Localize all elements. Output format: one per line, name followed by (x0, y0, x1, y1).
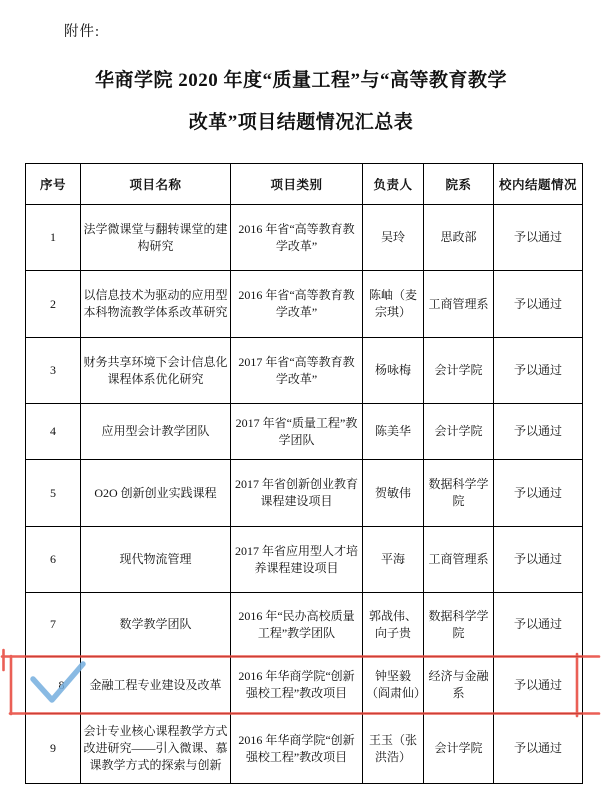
column-header-0: 序号 (26, 164, 81, 205)
cell-status: 予以通过 (494, 714, 583, 784)
cell-serial-number: 6 (26, 527, 81, 593)
cell-status: 予以通过 (494, 527, 583, 593)
cell-status: 予以通过 (494, 657, 583, 714)
cell-status: 予以通过 (494, 338, 583, 404)
cell-project-category: 2016 年“民办高校质量工程”教学团队 (231, 593, 363, 657)
cell-department: 经济与金融系 (424, 657, 494, 714)
cell-leader: 平海 (363, 527, 424, 593)
cell-status: 予以通过 (494, 460, 583, 527)
cell-status: 予以通过 (494, 404, 583, 460)
cell-project-name: 财务共享环境下会计信息化课程体系优化研究 (81, 338, 231, 404)
table-row: 2 以信息技术为驱动的应用型本科物流教学体系改革研究 2016 年省“高等教育教… (26, 271, 583, 338)
cell-status: 予以通过 (494, 593, 583, 657)
cell-serial-number: 2 (26, 271, 81, 338)
cell-department: 工商管理系 (424, 271, 494, 338)
column-header-1: 项目名称 (81, 164, 231, 205)
cell-project-category: 2017 年省“质量工程”教学团队 (231, 404, 363, 460)
cell-project-category: 2017 年省创新创业教育课程建设项目 (231, 460, 363, 527)
cell-serial-number: 9 (26, 714, 81, 784)
cell-project-category: 2017 年省“高等教育教学改革” (231, 338, 363, 404)
cell-department: 会计学院 (424, 338, 494, 404)
table-row: 6 现代物流管理 2017 年省应用型人才培养课程建设项目 平海 工商管理系 予… (26, 527, 583, 593)
cell-serial-number: 3 (26, 338, 81, 404)
cell-department: 思政部 (424, 205, 494, 271)
cell-project-category: 2016 年省“高等教育教学改革” (231, 205, 363, 271)
cell-project-name: 金融工程专业建设及改革 (81, 657, 231, 714)
table-row: 5 O2O 创新创业实践课程 2017 年省创新创业教育课程建设项目 贺敏伟 数… (26, 460, 583, 527)
cell-department: 会计学院 (424, 404, 494, 460)
document-title: 华商学院 2020 年度“质量工程”与“高等教育教学 改革”项目结题情况汇总表 (0, 60, 602, 144)
cell-leader: 王玉（张洪浩） (363, 714, 424, 784)
cell-leader: 钟坚毅（阎肃仙） (363, 657, 424, 714)
cell-project-name: 现代物流管理 (81, 527, 231, 593)
cell-serial-number: 5 (26, 460, 81, 527)
column-header-2: 项目类别 (231, 164, 363, 205)
column-header-5: 校内结题情况 (494, 164, 583, 205)
cell-leader: 郭战伟、向子贵 (363, 593, 424, 657)
column-header-4: 院系 (424, 164, 494, 205)
table-row: 9 会计专业核心课程教学方式改进研究——引入微课、慕课教学方式的探索与创新 20… (26, 714, 583, 784)
cell-project-category: 2016 年华商学院“创新强校工程”教改项目 (231, 714, 363, 784)
cell-project-name: O2O 创新创业实践课程 (81, 460, 231, 527)
document-title-line1: 华商学院 2020 年度“质量工程”与“高等教育教学 (0, 60, 602, 102)
cell-project-name: 以信息技术为驱动的应用型本科物流教学体系改革研究 (81, 271, 231, 338)
cell-leader: 杨咏梅 (363, 338, 424, 404)
cell-project-name: 应用型会计教学团队 (81, 404, 231, 460)
cell-department: 工商管理系 (424, 527, 494, 593)
cell-serial-number: 1 (26, 205, 81, 271)
project-summary-table: 序号项目名称项目类别负责人院系校内结题情况 1 法学微课堂与翻转课堂的建构研究 … (25, 163, 583, 784)
cell-project-category: 2016 年省“高等教育教学改革” (231, 271, 363, 338)
cell-leader: 贺敏伟 (363, 460, 424, 527)
cell-status: 予以通过 (494, 205, 583, 271)
cell-serial-number: 4 (26, 404, 81, 460)
table-row: 4 应用型会计教学团队 2017 年省“质量工程”教学团队 陈美华 会计学院 予… (26, 404, 583, 460)
cell-leader: 陈美华 (363, 404, 424, 460)
table-row: 7 数学教学团队 2016 年“民办高校质量工程”教学团队 郭战伟、向子贵 数据… (26, 593, 583, 657)
cell-leader: 陈岫（麦宗琪） (363, 271, 424, 338)
cell-leader: 吴玲 (363, 205, 424, 271)
cell-project-category: 2017 年省应用型人才培养课程建设项目 (231, 527, 363, 593)
table-row: 8 金融工程专业建设及改革 2016 年华商学院“创新强校工程”教改项目 钟坚毅… (26, 657, 583, 714)
table-header-row: 序号项目名称项目类别负责人院系校内结题情况 (26, 164, 583, 205)
table-row: 3 财务共享环境下会计信息化课程体系优化研究 2017 年省“高等教育教学改革”… (26, 338, 583, 404)
column-header-3: 负责人 (363, 164, 424, 205)
document-title-line2: 改革”项目结题情况汇总表 (0, 102, 602, 144)
cell-serial-number: 8 (26, 657, 81, 714)
cell-project-name: 数学教学团队 (81, 593, 231, 657)
cell-status: 予以通过 (494, 271, 583, 338)
cell-department: 数据科学学院 (424, 460, 494, 527)
cell-project-name: 会计专业核心课程教学方式改进研究——引入微课、慕课教学方式的探索与创新 (81, 714, 231, 784)
cell-project-name: 法学微课堂与翻转课堂的建构研究 (81, 205, 231, 271)
cell-department: 数据科学学院 (424, 593, 494, 657)
cell-project-category: 2016 年华商学院“创新强校工程”教改项目 (231, 657, 363, 714)
cell-department: 会计学院 (424, 714, 494, 784)
table-row: 1 法学微课堂与翻转课堂的建构研究 2016 年省“高等教育教学改革” 吴玲 思… (26, 205, 583, 271)
attachment-label: 附件: (64, 20, 100, 41)
cell-serial-number: 7 (26, 593, 81, 657)
